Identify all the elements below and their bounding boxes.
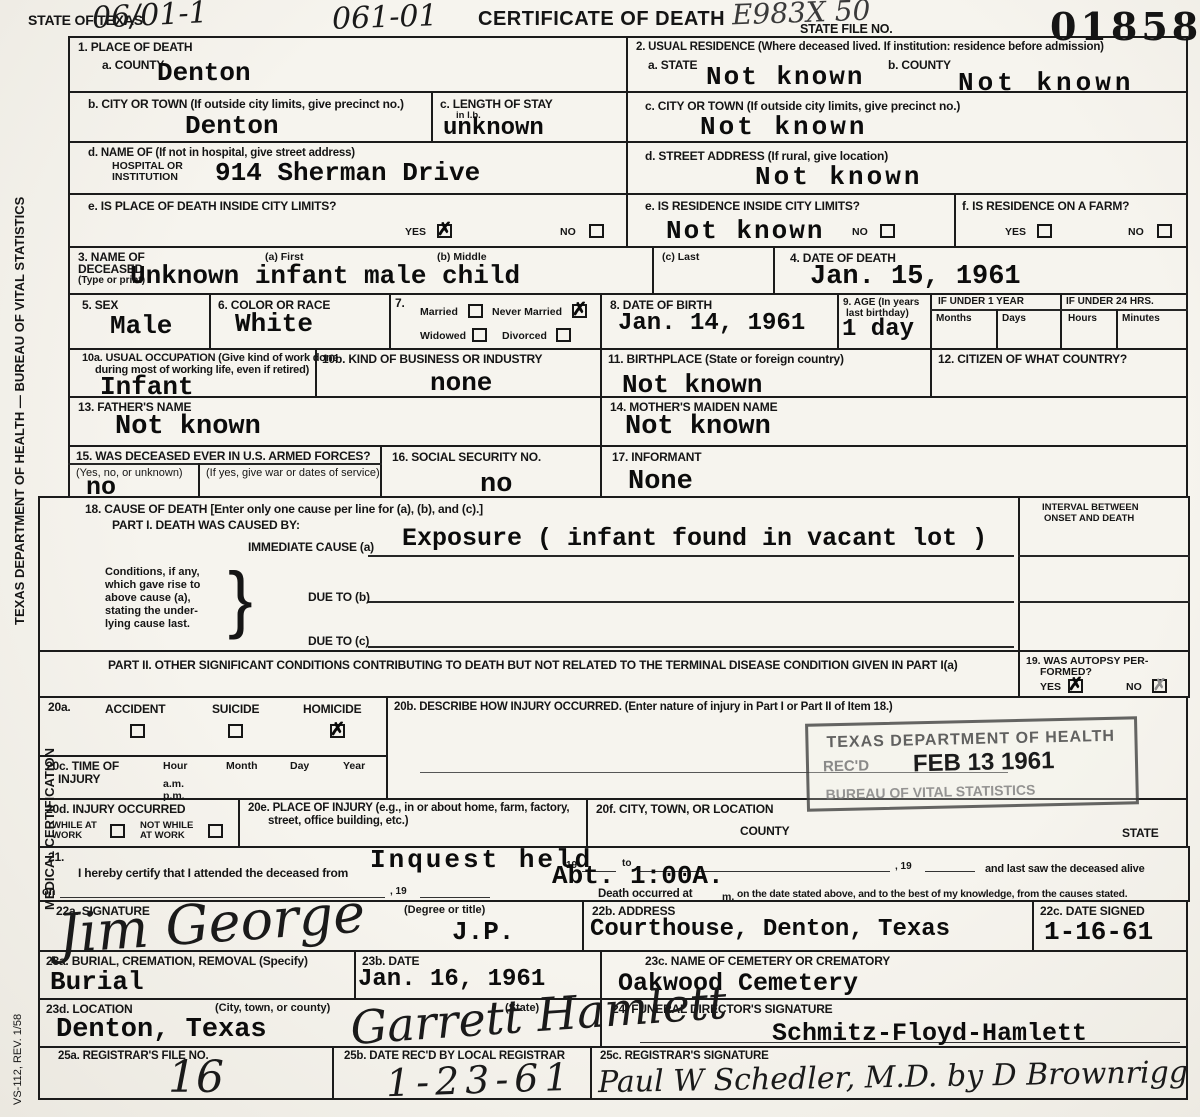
autopsy-yes-checkbox: [1068, 679, 1083, 693]
certify-text2: and last saw the deceased alive: [985, 863, 1145, 875]
never-married-checkbox: [572, 304, 587, 318]
months-label: Months: [936, 313, 972, 324]
city-label: b. CITY OR TOWN (If outside city limits,…: [88, 97, 404, 111]
cause-title: 18. CAUSE OF DEATH [Enter only one cause…: [85, 502, 483, 516]
ssn-value: no: [480, 470, 512, 500]
due-to-b-line: [368, 601, 1014, 603]
residence-city-label: c. CITY OR TOWN (If outside city limits,…: [645, 99, 960, 113]
form-number-label: VS-112, REV. 1/58: [12, 995, 24, 1105]
injury-20f-label: 20f. CITY, TOWN, OR LOCATION: [596, 802, 773, 816]
conditions-line3: above cause (a),: [105, 592, 191, 604]
farm-yes-checkbox: [1037, 224, 1052, 238]
degree-label: (Degree or title): [404, 904, 485, 916]
injury-20c-label2: INJURY: [58, 772, 100, 786]
armed-forces-column-divider: [198, 463, 200, 498]
not-while-label2: AT WORK: [140, 830, 185, 841]
cause-part2: PART II. OTHER SIGNIFICANT CONDITIONS CO…: [108, 658, 958, 672]
while-at-work-label2: WORK: [52, 830, 82, 841]
farm-yes-label: YES: [1005, 226, 1026, 238]
certify-m-label: m.: [722, 891, 734, 903]
residence-title: 2. USUAL RESIDENCE (Where deceased lived…: [636, 41, 1104, 53]
hospital-label3: INSTITUTION: [112, 171, 178, 183]
married-label: Married: [420, 306, 458, 318]
funeral-director-value: Schmitz-Floyd-Hamlett: [772, 1019, 1087, 1048]
homicide-checkbox: [330, 724, 345, 738]
street-address-value: Not known: [755, 162, 922, 192]
certify-year2: , 19: [895, 861, 912, 872]
location-label: 23d. LOCATION: [46, 1002, 133, 1016]
armed-forces-sub2: (If yes, give war or dates of service): [206, 467, 380, 479]
residence-county-value: Not known: [958, 68, 1134, 98]
certify-on-label: on: [42, 886, 55, 898]
conditions-line1: Conditions, if any,: [105, 566, 200, 578]
race-value: White: [235, 309, 313, 339]
date-of-birth-value: Jan. 14, 1961: [618, 310, 805, 337]
sex-value: Male: [110, 311, 172, 341]
stamp-line3: BUREAU OF VITAL STATISTICS: [825, 782, 1035, 803]
handwritten-code-mid: 061-01: [331, 0, 438, 37]
injury-20e-label1: 20e. PLACE OF INJURY (e.g., in or about …: [248, 802, 569, 814]
armed-forces-divider: [68, 463, 382, 465]
occupation-label1: 10a. USUAL OCCUPATION (Give kind of work…: [82, 352, 338, 364]
residence-county-label: b. COUNTY: [888, 58, 951, 72]
under-24-hrs-label: IF UNDER 24 HRS.: [1066, 296, 1154, 307]
place-limits-no-checkbox: [589, 224, 604, 238]
injury-20a-label: 20a.: [48, 700, 71, 714]
age-value: 1 day: [842, 316, 914, 343]
conditions-line5: lying cause last.: [105, 618, 190, 630]
conditions-brace: }: [228, 556, 253, 641]
cemetery-label: 23c. NAME OF CEMETERY OR CREMATORY: [645, 954, 890, 968]
suicide-label: SUICIDE: [212, 702, 259, 716]
never-married-label: Never Married: [492, 306, 562, 318]
residence-limits-label: e. IS RESIDENCE INSIDE CITY LIMITS?: [645, 199, 860, 213]
address-value: Courthouse, Denton, Texas: [590, 916, 950, 943]
injury-20d-label: 20d. INJURY OCCURRED: [46, 802, 185, 816]
industry-value: none: [430, 368, 492, 398]
certify-line5: [420, 897, 490, 898]
degree-value: J.P.: [452, 917, 514, 947]
industry-label: 10b. KIND OF BUSINESS OR INDUSTRY: [322, 352, 542, 366]
birthplace-value: Not known: [622, 370, 762, 400]
death-certificate-scan: STATE OF TEXAS 06/01-1 061-01 CERTIFICAT…: [0, 0, 1200, 1117]
interval-line1: [1018, 555, 1190, 557]
certify-year3: , 19: [390, 886, 407, 897]
certify-line3: [925, 871, 975, 872]
homicide-label: HOMICIDE: [303, 702, 361, 716]
residence-state-value: Not known: [706, 62, 864, 92]
not-while-checkbox: [208, 824, 223, 838]
informant-value: None: [628, 467, 693, 497]
residence-limits-value: Not known: [666, 216, 824, 246]
under-24-hrs-column-divider: [1116, 309, 1118, 350]
suicide-checkbox: [228, 724, 243, 738]
stamp-date: FEB 13 1961: [913, 747, 1055, 778]
state-column-label: STATE: [1122, 826, 1159, 840]
informant-label: 17. INFORMANT: [612, 450, 701, 464]
occupation-value: Infant: [100, 372, 194, 402]
marital-label: 7.: [395, 296, 405, 310]
interval-label1: INTERVAL BETWEEN: [1042, 502, 1139, 513]
armed-forces-value: no: [86, 473, 116, 502]
residence-city-value: Not known: [700, 112, 867, 142]
due-to-c-label: DUE TO (c): [308, 634, 369, 648]
citizen-label: 12. CITIZEN OF WHAT COUNTRY?: [938, 352, 1127, 366]
location-value: Denton, Texas: [56, 1015, 267, 1045]
county-column-label: COUNTY: [740, 824, 789, 838]
pm-label: p.m.: [163, 790, 185, 802]
burial-type-value: Burial: [50, 967, 144, 997]
page-title: CERTIFICATE OF DEATH: [478, 8, 725, 31]
residence-limits-no-checkbox: [880, 224, 895, 238]
accident-label: ACCIDENT: [105, 702, 165, 716]
due-to-b-label: DUE TO (b): [308, 590, 370, 604]
length-of-stay-value: unknown: [443, 115, 544, 142]
father-value: Not known: [115, 412, 261, 442]
birthplace-label: 11. BIRTHPLACE (State or foreign country…: [608, 352, 844, 366]
hours-label: Hours: [1068, 313, 1097, 324]
injury-20e-label2: street, office building, etc.): [268, 815, 408, 827]
injury-20c-label1: 20c. TIME OF: [46, 759, 119, 773]
am-label: a.m.: [163, 778, 184, 790]
injury-20b-label: 20b. DESCRIBE HOW INJURY OCCURRED. (Ente…: [394, 701, 893, 713]
residence-state-label: a. STATE: [648, 58, 697, 72]
autopsy-label2: FORMED?: [1040, 666, 1092, 678]
interval-label2: ONSET AND DEATH: [1044, 513, 1134, 524]
city-value: Denton: [185, 111, 279, 141]
registrar-file-value: 16: [168, 1052, 224, 1103]
received-stamp: TEXAS DEPARTMENT OF HEALTH REC'D FEB 13 …: [805, 716, 1139, 812]
handwritten-code-right: E983X 50: [731, 0, 870, 31]
due-to-c-line: [368, 646, 1014, 648]
farm-no-label: NO: [1128, 226, 1144, 238]
year-label: Year: [343, 760, 365, 772]
under-1-year-label: IF UNDER 1 YEAR: [938, 296, 1024, 307]
name-value: Unknown infant male child: [130, 261, 520, 291]
certify-time-value: Abt. 1:00A.: [552, 861, 724, 891]
location-sub1: (City, town, or county): [215, 1002, 330, 1014]
widowed-label: Widowed: [420, 330, 466, 342]
interval-line2: [1018, 601, 1190, 603]
farm-label: f. IS RESIDENCE ON A FARM?: [962, 199, 1129, 213]
immediate-cause-value: Exposure ( infant found in vacant lot ): [402, 524, 987, 553]
certify-text3: on the date stated above, and to the bes…: [737, 889, 1127, 900]
county-label: a. COUNTY: [102, 58, 164, 72]
length-of-stay-label: c. LENGTH OF STAY: [440, 97, 553, 111]
date-signed-value: 1-16-61: [1044, 917, 1153, 947]
hour-label: Hour: [163, 760, 188, 772]
hospital-value: 914 Sherman Drive: [215, 158, 480, 188]
place-limits-yes-checkbox: [437, 224, 452, 238]
place-limits-yes-label: YES: [405, 226, 426, 238]
residence-limits-no-label: NO: [852, 226, 868, 238]
certify-text1: I hereby certify that I attended the dec…: [78, 866, 348, 880]
certify-item-label: 21.: [48, 850, 64, 864]
place-limits-label: e. IS PLACE OF DEATH INSIDE CITY LIMITS?: [88, 199, 336, 213]
day-label: Day: [290, 760, 309, 772]
minutes-label: Minutes: [1122, 313, 1160, 324]
while-at-work-checkbox: [110, 824, 125, 838]
widowed-checkbox: [472, 328, 487, 342]
sex-label: 5. SEX: [82, 298, 118, 312]
place-limits-no-label: NO: [560, 226, 576, 238]
autopsy-yes-label: YES: [1040, 681, 1061, 693]
age-label1: 9. AGE (In years: [843, 297, 919, 308]
agency-rail-label: TEXAS DEPARTMENT OF HEALTH — BUREAU OF V…: [12, 185, 27, 625]
registrar-signature-label: 25c. REGISTRAR'S SIGNATURE: [600, 1050, 769, 1062]
immediate-cause-label: IMMEDIATE CAUSE (a): [248, 540, 374, 554]
mother-value: Not known: [625, 412, 771, 442]
under-24-hrs-divider: [1060, 309, 1188, 311]
name-last-label: (c) Last: [662, 251, 699, 263]
conditions-line2: which gave rise to: [105, 579, 200, 591]
divorced-checkbox: [556, 328, 571, 342]
date-signed-label: 22c. DATE SIGNED: [1040, 904, 1145, 918]
county-value: Denton: [157, 58, 251, 88]
medical-certification-rail-label: MEDICAL CERTIFICATION: [42, 660, 57, 910]
under-1-year-column-divider: [996, 309, 998, 350]
days-label: Days: [1002, 313, 1026, 324]
street-address-label: d. STREET ADDRESS (If rural, give locati…: [645, 149, 888, 163]
divorced-label: Divorced: [502, 330, 547, 342]
ssn-label: 16. SOCIAL SECURITY NO.: [392, 450, 541, 464]
conditions-line4: stating the under-: [105, 605, 198, 617]
autopsy-no-label: NO: [1126, 681, 1142, 693]
accident-checkbox: [130, 724, 145, 738]
place-of-death-title: 1. PLACE OF DEATH: [78, 40, 192, 54]
cause-part1: PART I. DEATH WAS CAUSED BY:: [112, 518, 300, 532]
month-label: Month: [226, 760, 258, 772]
date-of-death-value: Jan. 15, 1961: [810, 262, 1021, 292]
registrar-recd-value: 1-23-61: [385, 1055, 575, 1106]
armed-forces-label: 15. WAS DECEASED EVER IN U.S. ARMED FORC…: [76, 449, 370, 463]
autopsy-no-checkbox: [1152, 679, 1167, 693]
immediate-cause-line: [368, 555, 1014, 557]
married-checkbox: [468, 304, 483, 318]
farm-no-checkbox: [1157, 224, 1172, 238]
handwritten-code-left: 06/01-1: [91, 0, 208, 36]
stamp-recd-label: REC'D: [823, 757, 869, 775]
